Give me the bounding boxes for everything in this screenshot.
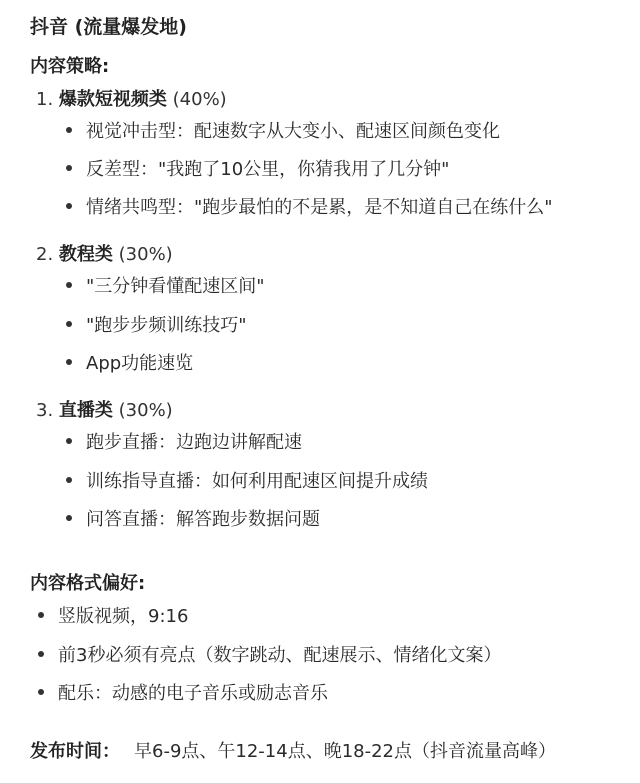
format-heading: 内容格式偏好: [30, 569, 145, 595]
publish-time: 发布时间：早6-9点、午12-14点、晚18-22点（抖音流量高峰） [30, 737, 556, 763]
list-item: 训练指导直播：如何利用配速区间提升成绩 [66, 467, 428, 493]
section-number: 2. [36, 244, 53, 265]
section-name: 教程类 [59, 244, 113, 265]
bullet-icon [66, 515, 72, 521]
section-share: (30%) [119, 400, 173, 421]
list-item: 视觉冲击型：配速数字从大变小、配速区间颜色变化 [66, 117, 500, 143]
bullet-icon [38, 612, 44, 618]
list-item: "跑步步频训练技巧" [66, 311, 247, 337]
section-name: 爆款短视频类 [59, 89, 167, 110]
section-share: (40%) [173, 89, 227, 110]
publish-label: 发布时间： [30, 741, 120, 762]
section-2-header: 2. 教程类 (30%) [36, 240, 173, 266]
list-item: 跑步直播：边跑边讲解配速 [66, 428, 302, 454]
publish-value: 早6-9点、午12-14点、晚18-22点（抖音流量高峰） [134, 741, 556, 762]
strategy-heading: 内容策略: [30, 52, 109, 78]
section-number: 3. [36, 400, 53, 421]
page-title: 抖音 (流量爆发地) [30, 12, 187, 39]
bullet-icon [66, 359, 72, 365]
list-item: 配乐：动感的电子音乐或励志音乐 [38, 679, 328, 705]
bullet-icon [66, 282, 72, 288]
bullet-icon [66, 321, 72, 327]
list-item: 反差型："我跑了10公里，你猜我用了几分钟" [66, 155, 449, 181]
section-1-header: 1. 爆款短视频类 (40%) [36, 85, 227, 111]
section-3-header: 3. 直播类 (30%) [36, 396, 173, 422]
list-item: 竖版视频，9:16 [38, 602, 188, 628]
section-name: 直播类 [59, 400, 113, 421]
bullet-icon [66, 438, 72, 444]
list-item: 情绪共鸣型："跑步最怕的不是累，是不知道自己在练什么" [66, 193, 553, 219]
bullet-icon [38, 651, 44, 657]
list-item: "三分钟看懂配速区间" [66, 272, 265, 298]
bullet-icon [66, 165, 72, 171]
section-share: (30%) [119, 244, 173, 265]
list-item: 问答直播：解答跑步数据问题 [66, 505, 320, 531]
bullet-icon [66, 203, 72, 209]
list-item: 前3秒必须有亮点（数字跳动、配速展示、情绪化文案） [38, 641, 501, 667]
list-item: App功能速览 [66, 349, 193, 375]
bullet-icon [66, 127, 72, 133]
bullet-icon [38, 689, 44, 695]
bullet-icon [66, 477, 72, 483]
section-number: 1. [36, 89, 53, 110]
